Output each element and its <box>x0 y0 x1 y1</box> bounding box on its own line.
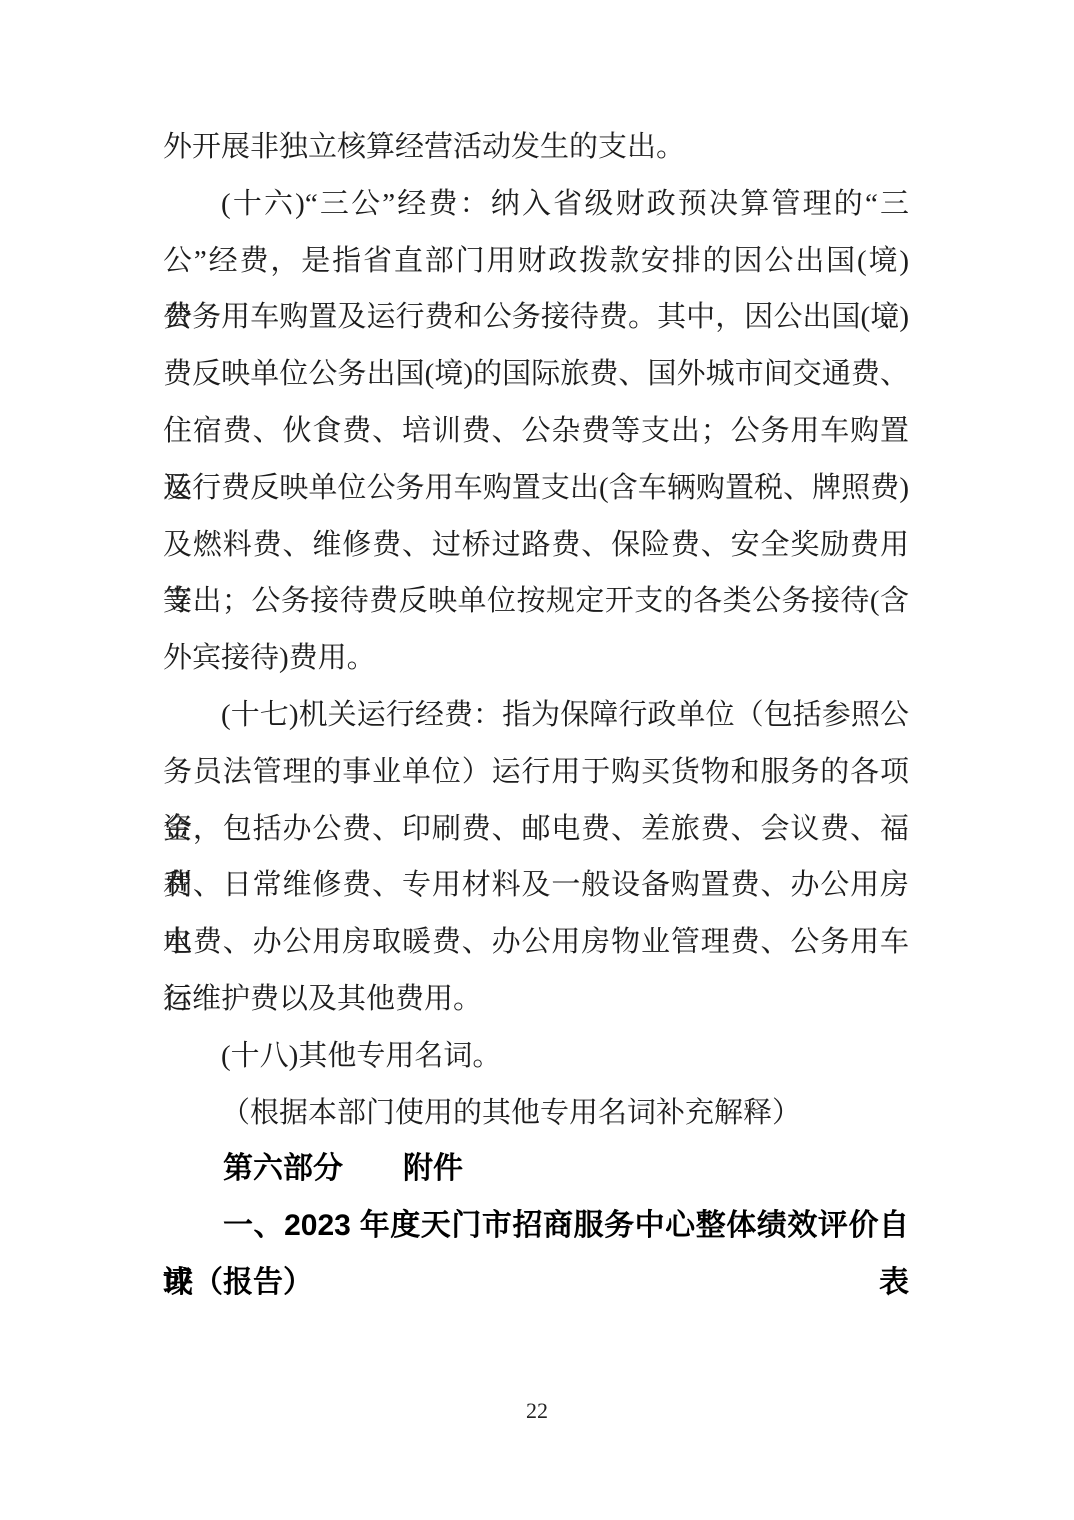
text-line: 公”经费，是指省直部门用财政拨款安排的因公出国(境)费、 <box>163 233 909 290</box>
text-line: 费、日常维修费、专用材料及一般设备购置费、办公用房水 <box>163 857 909 914</box>
text-line: 运行费反映单位公务用车购置支出(含车辆购置税、牌照费) <box>163 460 909 517</box>
heading-line: 第六部分 附件 <box>163 1141 909 1198</box>
text-line: (十六)“三公”经费：纳入省级财政预决算管理的“三 <box>163 176 909 233</box>
text-line: (十七)机关运行经费：指为保障行政单位（包括参照公 <box>163 687 909 744</box>
text-line: 务员法管理的事业单位）运行用于购买货物和服务的各项资 <box>163 744 909 801</box>
text-line: 住宿费、伙食费、培训费、公杂费等支出；公务用车购置及 <box>163 403 909 460</box>
document-page: 外开展非独立核算经营活动发生的支出。(十六)“三公”经费：纳入省级财政预决算管理… <box>0 0 1074 1520</box>
text-line: 外开展非独立核算经营活动发生的支出。 <box>163 119 909 176</box>
text-line: (十八)其他专用名词。 <box>163 1028 909 1085</box>
text-line: 及燃料费、维修费、过桥过路费、保险费、安全奖励费用等 <box>163 517 909 574</box>
text-line: 行维护费以及其他费用。 <box>163 971 909 1028</box>
text-line: 金，包括办公费、印刷费、邮电费、差旅费、会议费、福利 <box>163 801 909 858</box>
text-line: 电费、办公用房取暖费、办公用房物业管理费、公务用车运 <box>163 914 909 971</box>
heading-line: 一、2023 年度天门市招商服务中心整体绩效评价自评表 <box>163 1198 909 1255</box>
document-body: 外开展非独立核算经营活动发生的支出。(十六)“三公”经费：纳入省级财政预决算管理… <box>163 119 909 1312</box>
text-line: 费反映单位公务出国(境)的国际旅费、国外城市间交通费、 <box>163 346 909 403</box>
page-number: 22 <box>0 1398 1074 1424</box>
text-line: 支出；公务接待费反映单位按规定开支的各类公务接待(含 <box>163 573 909 630</box>
text-line: 外宾接待)费用。 <box>163 630 909 687</box>
text-line: 公务用车购置及运行费和公务接待费。其中，因公出国(境) <box>163 289 909 346</box>
text-line: （根据本部门使用的其他专用名词补充解释） <box>163 1085 909 1142</box>
